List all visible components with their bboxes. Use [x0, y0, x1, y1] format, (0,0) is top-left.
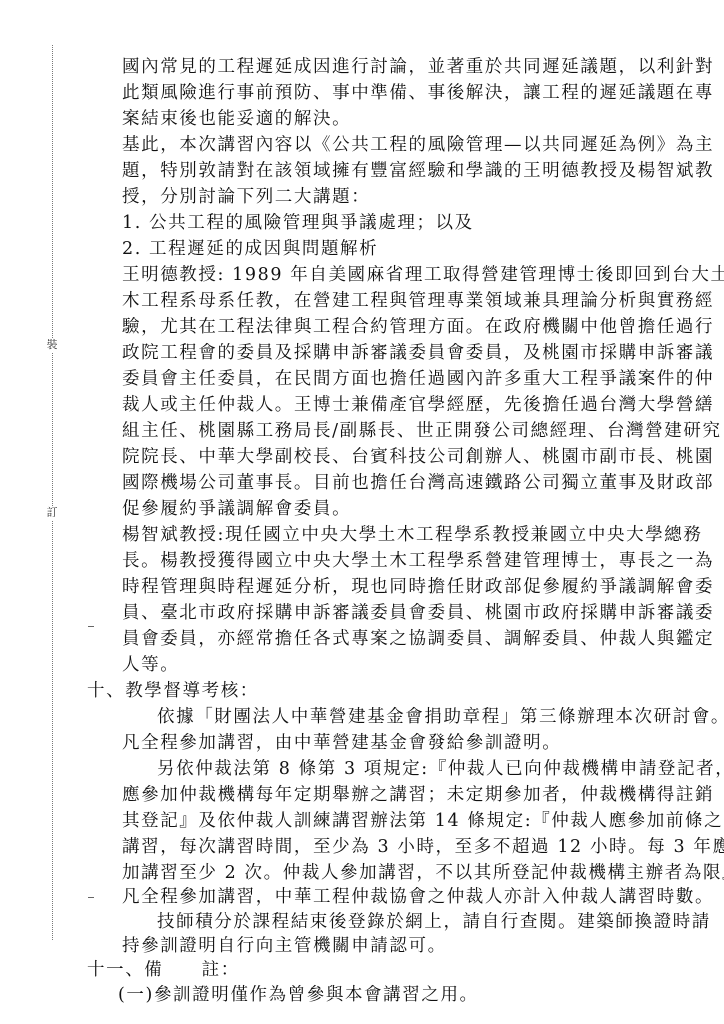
section-11-item: (一)參訓證明僅作為曾參與本會講習之用。 [118, 984, 479, 1006]
section-10-para2-line: 應參加仲裁機構每年定期舉辦之講習；未定期參加者，仲裁機構得註銷 [122, 784, 714, 806]
section-10-para1-line: 凡全程參加講習，由中華營建基金會發給參訓證明。 [122, 732, 561, 754]
topic-item: 1. 公共工程的風險管理與爭議處理；以及 [122, 212, 474, 234]
topic-item: 2. 工程遲延的成因與問題解析 [122, 238, 378, 260]
speaker-yang-line: 楊智斌教授:現任國立中央大學土木工程學系教授兼國立中央大學總務 [122, 524, 703, 546]
margin-tick [88, 897, 94, 898]
intro-line: 案結束後也能妥適的解決。 [122, 108, 351, 130]
speaker-yang-line: 人等。 [122, 654, 179, 676]
speaker-wang-line: 委員會主任委員，在民間方面也擔任過國內許多重大工程爭議案件的仲 [122, 368, 714, 390]
intro-line: 國內常見的工程遲延成因進行討論，並著重於共同遲延議題，以利針對 [122, 56, 714, 78]
section-10-para3-line: 持參訓證明自行向主管機關申請認可。 [122, 935, 447, 957]
section-10-para2-line: 加講習至少 2 次。仲裁人參加講習，不以其所登記仲裁機構主辦者為限』 [122, 862, 724, 884]
speaker-wang-line: 政院工程會的委員及採購申訴審議委員會委員，及桃園市採購申訴審議 [122, 342, 714, 364]
binding-label-ding: 訂 [45, 506, 59, 520]
speaker-yang-line: 長。楊教授獲得國立中央大學土木工程學系營建管理博士，專長之一為 [122, 550, 714, 572]
speaker-yang-line: 員、臺北市政府採購申訴審議委員會委員、桃園市政府採購申訴審議委 [122, 602, 714, 624]
margin-tick [88, 626, 94, 627]
binding-dotted-line [52, 45, 53, 940]
speaker-yang-line: 員會委員，亦經常擔任各式專案之協調委員、調解委員、仲裁人與鑑定 [122, 628, 714, 650]
section-10-para2-line: 另依仲裁法第 8 條第 3 項規定:『仲裁人已向仲裁機構申請登記者， [157, 758, 724, 780]
speaker-wang-line: 木工程系母系任教，在營建工程與管理專業領域兼具理論分析與實務經 [122, 290, 714, 312]
section-10-para2-line: 講習，每次講習時間，至少為 3 小時，至多不超過 12 小時。每 3 年應參 [122, 836, 724, 858]
theme-line: 題，特別敦請對在該領域擁有豐富經驗和學識的王明德教授及楊智斌教 [122, 160, 714, 182]
intro-line: 此類風險進行事前預防、事中準備、事後解決，讓工程的遲延議題在專 [122, 82, 714, 104]
speaker-wang-line: 促參履約爭議調解會委員。 [122, 498, 351, 520]
section-10-heading: 十、教學督導考核： [87, 680, 259, 702]
speaker-wang-line: 組主任、桃園縣工務局長/副縣長、世正開發公司總經理、台灣營建研究 [122, 420, 722, 442]
speaker-wang-line: 裁人或主任仲裁人。王博士兼備產官學經歷，先後擔任過台灣大學營繕 [122, 394, 714, 416]
section-10-para2-line: 凡全程參加講習，中華工程仲裁協會之仲裁人亦計入仲裁人講習時數。 [122, 886, 714, 908]
section-10-para1-line: 依據「財團法人中華營建基金會捐助章程」第三條辦理本次研討會。 [157, 706, 724, 728]
speaker-wang-line: 院院長、中華大學副校長、台賓科技公司創辦人、桃園市副市長、桃園 [122, 446, 714, 468]
speaker-wang-line: 驗，尤其在工程法律與工程合約管理方面。在政府機關中他曾擔任過行 [122, 316, 714, 338]
section-10-para2-line: 其登記』及依仲裁人訓練講習辦法第 14 條規定:『仲裁人應參加前條之 [122, 810, 723, 832]
section-11-heading: 十一、備 註： [87, 959, 240, 981]
theme-line: 授，分別討論下列二大講題： [122, 186, 370, 208]
theme-line: 基此，本次講習內容以《公共工程的風險管理—以共同遲延為例》為主 [122, 134, 714, 156]
speaker-wang-line: 國際機場公司董事長。目前也擔任台灣高速鐵路公司獨立董事及財政部 [122, 472, 714, 494]
speaker-wang-line: 王明德教授: 1989 年自美國麻省理工取得營建管理博士後即回到台大土 [122, 264, 724, 286]
binding-label-zhuang: 裝 [45, 338, 59, 352]
speaker-yang-line: 時程管理與時程遲延分析，現也同時擔任財政部促參履約爭議調解會委 [122, 576, 714, 598]
section-10-para3-line: 技師積分於課程結束後登錄於網上，請自行查閱。建築師換證時請 [157, 911, 711, 933]
